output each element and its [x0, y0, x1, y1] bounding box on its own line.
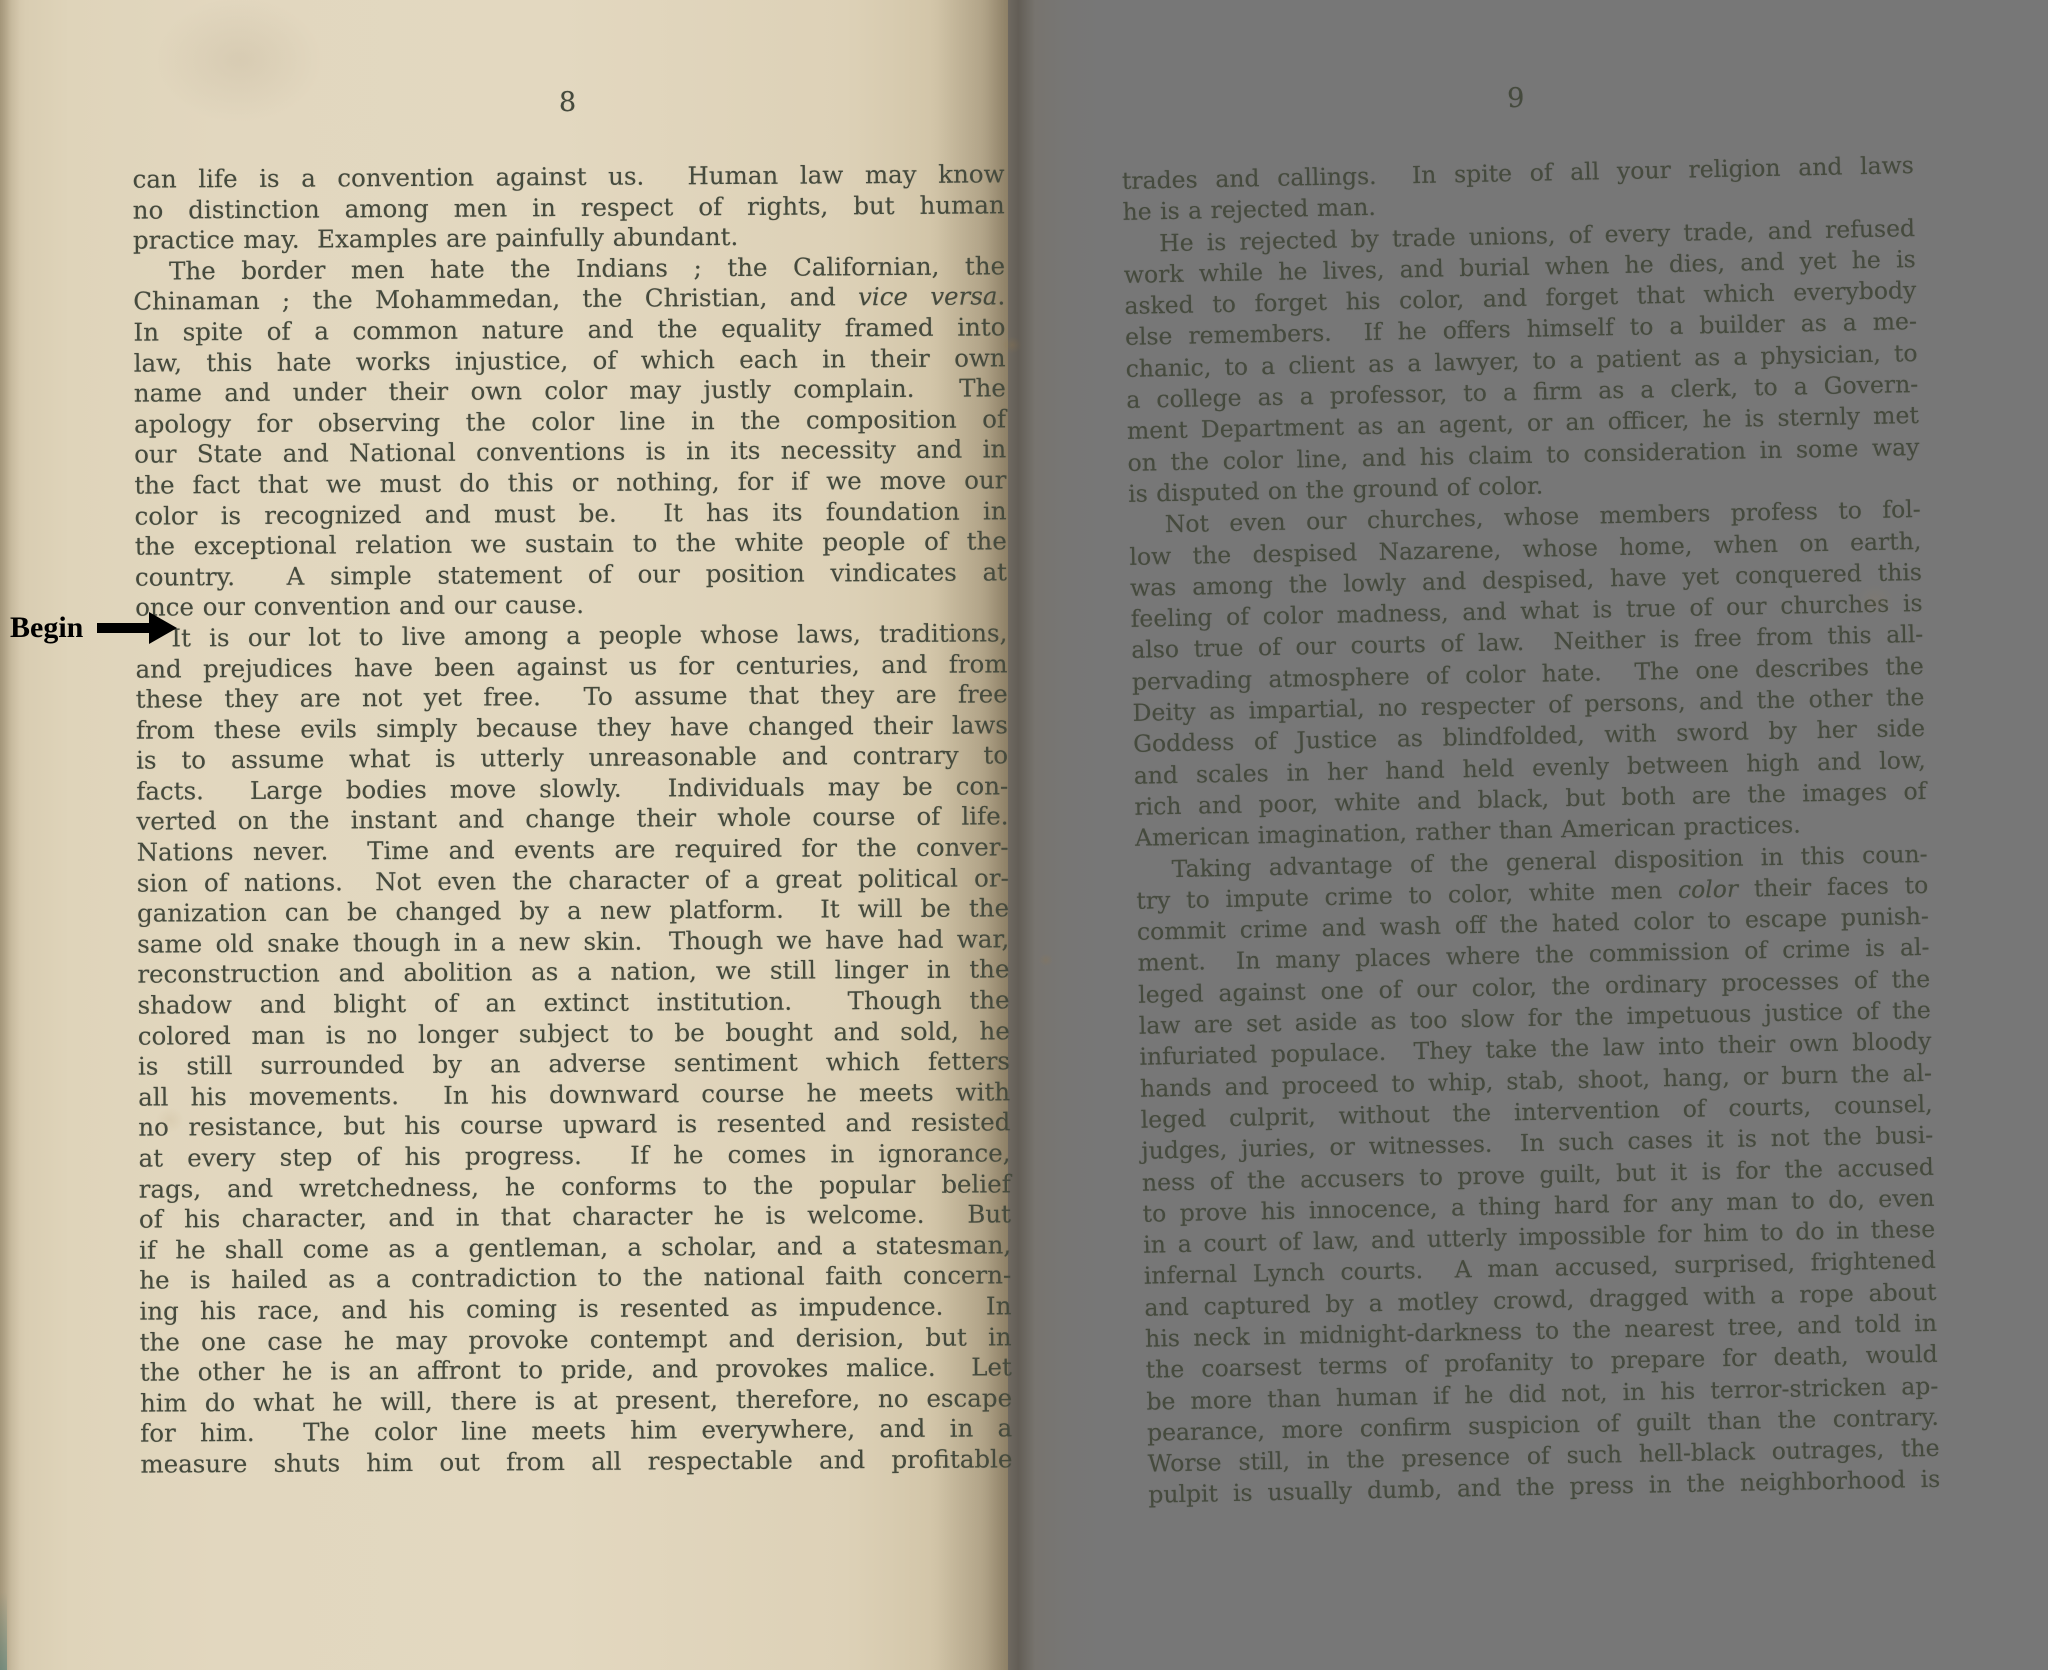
text-line: no distinction among men in respect of r… — [133, 190, 1005, 226]
page-8-body: can life is a convention against us. Hum… — [132, 159, 1012, 1480]
text-line: In spite of a common nature and the equa… — [133, 312, 1005, 348]
book-scan: 8 can life is a convention against us. H… — [0, 0, 2048, 1670]
page-number: 8 — [132, 83, 1004, 122]
text-line: ing his race, and his coming is resented… — [139, 1291, 1011, 1327]
text-line: these they are not yet free. To assume t… — [136, 679, 1008, 715]
text-line: the exceptional relation we sustain to t… — [135, 526, 1007, 562]
text-line: country. A simple statement of our posit… — [135, 557, 1007, 593]
text-line: It is our lot to live among a people who… — [135, 618, 1007, 654]
page-9-text-column: 9 trades and callings. In spite of all y… — [1120, 74, 1940, 1511]
begin-annotation: Begin — [10, 610, 177, 646]
text-line: ganization can be changed by a new platf… — [137, 894, 1009, 930]
begin-label: Begin — [10, 610, 83, 646]
text-line: at every step of his progress. If he com… — [138, 1138, 1010, 1174]
text-line: name and under their own color may justl… — [134, 373, 1006, 409]
text-line: is still surrounded by an adverse sentim… — [138, 1047, 1010, 1083]
text-line: of his character, and in that character … — [139, 1200, 1011, 1236]
page-9-body: trades and callings. In spite of all you… — [1122, 150, 1941, 1511]
page-edge-left — [0, 0, 20, 1670]
text-line: can life is a convention against us. Hum… — [132, 159, 1004, 195]
binding-edge-mark — [0, 1592, 7, 1670]
right-arrow-icon — [97, 612, 177, 644]
text-line: shadow and blight of an extinct institut… — [138, 985, 1010, 1021]
text-line: the fact that we must do this or nothing… — [134, 465, 1006, 501]
text-line: Nations never. Time and events are requi… — [137, 832, 1009, 868]
text-line: the other he is an affront to pride, and… — [140, 1352, 1012, 1388]
page-8-text-column: 8 can life is a convention against us. H… — [132, 83, 1012, 1480]
text-line: measure shuts him out from all respectab… — [140, 1444, 1012, 1480]
